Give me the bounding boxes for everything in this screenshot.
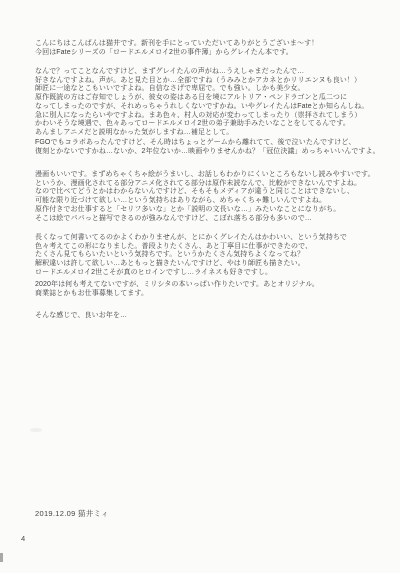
afterword-paragraph-manga: 漫画もいいです。まずめちゃくちゃ絵がうまいし、お話しもわかりにくいところもないし…: [35, 171, 390, 223]
afterword-paragraph-2020-plans: 2020年は何も考えてないですが、ミリシタの本いっぱい作りたいです。あとオリジナ…: [35, 281, 390, 298]
afterword-paragraph-greeting: こんにちはこんばんは猫井です。新刊を手にとっていただいてありがとうございま～す！…: [35, 40, 390, 57]
scan-smudge-artifact: [30, 428, 42, 432]
afterword-paragraph-gray-intro: なんで？ってことなんですけど、まずグレイたんの声がね…うえしゃまだったんで… 好…: [35, 68, 390, 138]
scan-edge-mark-artifact: [0, 553, 3, 562]
page-number: 4: [21, 534, 25, 543]
afterword-paragraph-closing: そんな感じで、良いお年を…: [35, 312, 390, 321]
signature-date: 2019.12.09 猫井ミィ: [35, 508, 109, 519]
scanned-afterword-page: こんにちはこんばんは猫井です。新刊を手にとっていただいてありがとうございま～す！…: [0, 0, 400, 573]
afterword-paragraph-fgo: FGOでもコラボあったんですけど、そん時はちょっとゲームから離れてて、後で泣いた…: [35, 139, 390, 156]
afterword-paragraph-feelings: 長くなって何書いてるのかよくわかりませんが、とにかくグレイたんはかわいい、という…: [35, 234, 390, 278]
